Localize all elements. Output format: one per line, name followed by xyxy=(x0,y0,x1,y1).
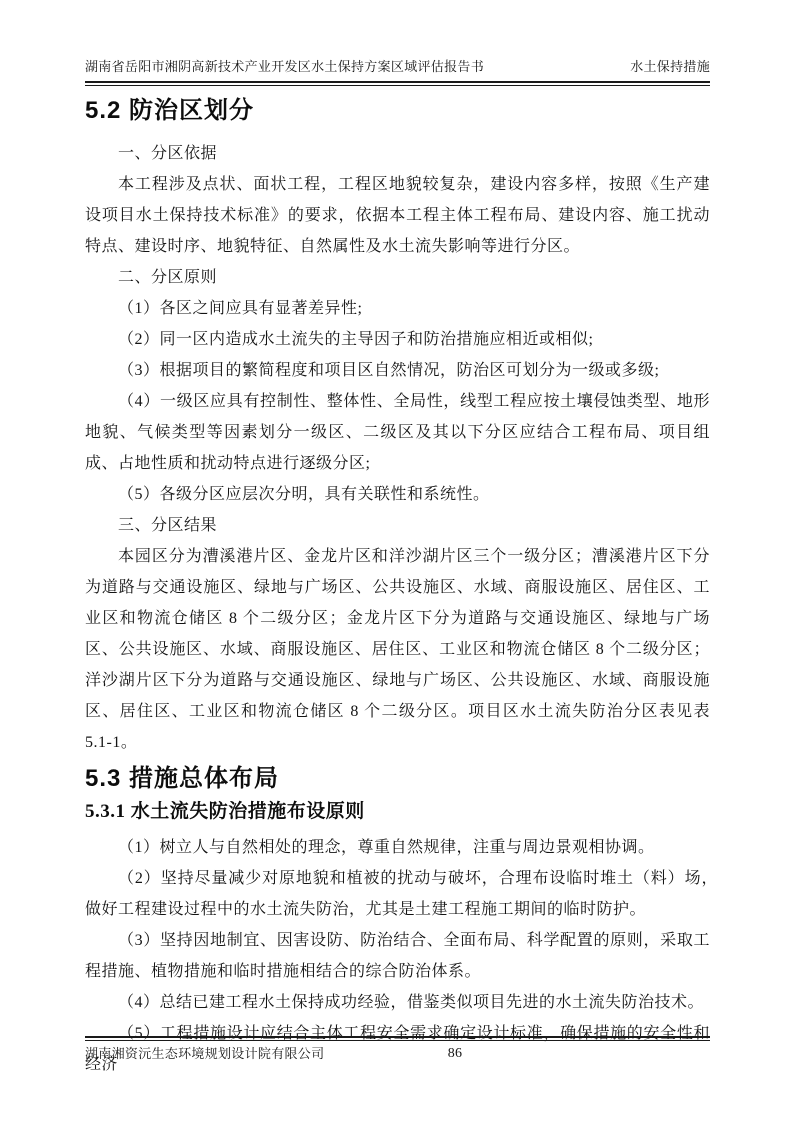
list-item-principle-5: （5）各级分区应层次分明，具有关联性和系统性。 xyxy=(85,479,710,510)
list-item-principle-2: （2）同一区内造成水土流失的主导因子和防治措施应相近或相似; xyxy=(85,324,710,355)
list-item-layout-principle-4: （4）总结已建工程水土保持成功经验，借鉴类似项目先进的水土流失防治技术。 xyxy=(85,987,710,1018)
header-report-title: 湖南省岳阳市湘阴高新技术产业开发区水土保持方案区域评估报告书 xyxy=(85,58,484,75)
subheading-principles: 二、分区原则 xyxy=(85,262,710,293)
header-chapter-title: 水土保持措施 xyxy=(630,58,710,75)
list-item-layout-principle-3: （3）坚持因地制宜、因害设防、防治结合、全面布局、科学配置的原则，采取工程措施、… xyxy=(85,925,710,987)
page-footer: 湖南湘资沅生态环境规划设计院有限公司 86 xyxy=(85,1030,710,1063)
subheading-results: 三、分区结果 xyxy=(85,510,710,541)
footer-page-number: 86 xyxy=(425,1045,485,1063)
list-item-principle-3: （3）根据项目的繁简程度和项目区自然情况，防治区可划分为一级或多级; xyxy=(85,355,710,386)
paragraph-basis: 本工程涉及点状、面状工程，工程区地貌较复杂，建设内容多样，按照《生产建设项目水土… xyxy=(85,169,710,262)
footer-row: 湖南湘资沅生态环境规划设计院有限公司 86 xyxy=(85,1045,710,1063)
subheading-basis: 一、分区依据 xyxy=(85,138,710,169)
section-heading-5-2: 5.2 防治区划分 xyxy=(85,96,710,126)
list-item-layout-principle-2: （2）坚持尽量减少对原地貌和植被的扰动与破坏，合理布设临时堆土（料）场， 做好工… xyxy=(85,863,710,925)
list-item-principle-1: （1）各区之间应具有显著差异性; xyxy=(85,293,710,324)
list-item-layout-principle-1: （1）树立人与自然相处的理念，尊重自然规律，注重与周边景观相协调。 xyxy=(85,832,710,863)
subsection-heading-5-3-1: 5.3.1 水土流失防治措施布设原则 xyxy=(85,798,710,826)
paragraph-results: 本园区分为漕溪港片区、金龙片区和洋沙湖片区三个一级分区；漕溪港片区下分为道路与交… xyxy=(85,541,710,758)
header-row: 湖南省岳阳市湘阴高新技术产业开发区水土保持方案区域评估报告书 水土保持措施 xyxy=(85,58,710,75)
list-item-principle-4: （4）一级区应具有控制性、整体性、全局性，线型工程应按土壤侵蚀类型、地形地貌、气… xyxy=(85,386,710,479)
document-body: 5.2 防治区划分 一、分区依据 本工程涉及点状、面状工程，工程区地貌较复杂，建… xyxy=(85,96,710,1080)
header-rule-thin-line xyxy=(85,85,710,86)
section-heading-5-3: 5.3 措施总体布局 xyxy=(85,764,710,794)
page-header: 湖南省岳阳市湘阴高新技术产业开发区水土保持方案区域评估报告书 水土保持措施 xyxy=(85,58,710,86)
header-rule xyxy=(85,81,710,86)
footer-rule xyxy=(85,1036,710,1041)
footer-company-name: 湖南湘资沅生态环境规划设计院有限公司 xyxy=(85,1046,324,1061)
footer-rule-thin-line xyxy=(85,1040,710,1041)
document-page: 湖南省岳阳市湘阴高新技术产业开发区水土保持方案区域评估报告书 水土保持措施 5.… xyxy=(0,0,793,1122)
